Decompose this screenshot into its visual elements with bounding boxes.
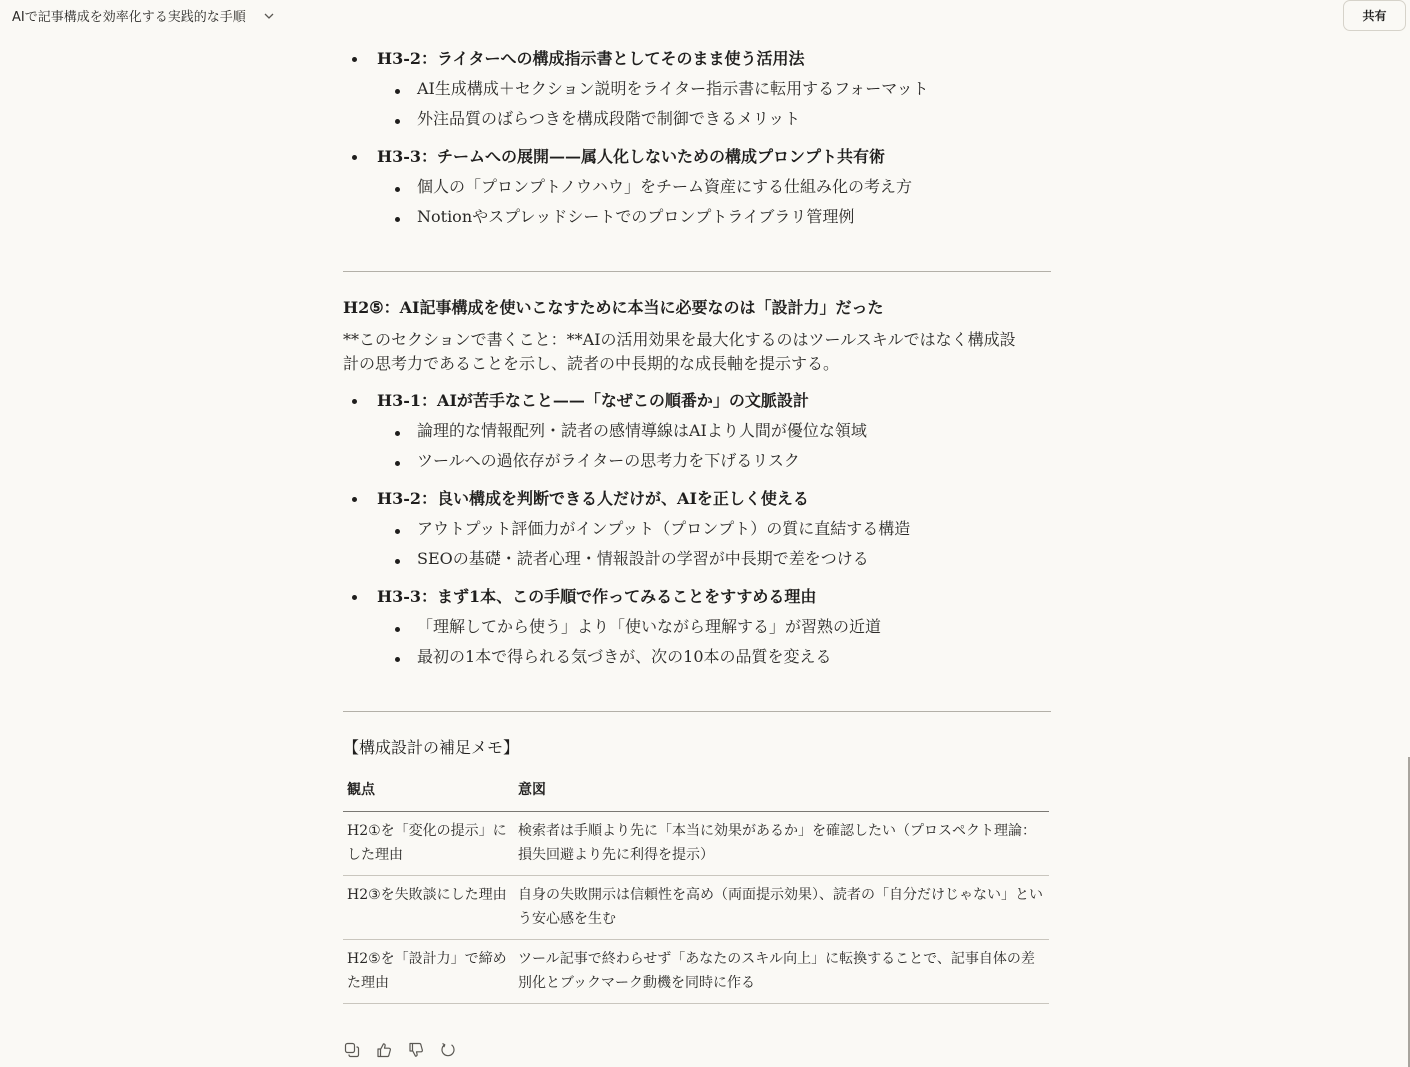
h3-heading: H3-1：AIが苦手なこと——「なぜこの順番か」の文脈設計 [377,382,1051,416]
memo-title: 【構成設計の補足メモ】 [343,736,1051,760]
sub-list: AI生成構成＋セクション説明をライター指示書に転用するフォーマット 外注品質のば… [377,74,1051,134]
list-item: ツールへの過依存がライターの思考力を下げるリスク [377,446,1051,476]
thumbs-up-icon [376,1042,392,1058]
list-item: AI生成構成＋セクション説明をライター指示書に転用するフォーマット [377,74,1051,104]
thumbs-up-button[interactable] [375,1041,393,1059]
list-item: Notionやスプレッドシートでのプロンプトライブラリ管理例 [377,202,1051,232]
section-description: **このセクションで書くこと：**AIの活用効果を最大化するのはツールスキルでは… [343,328,1023,376]
list-item: H3-3：まず1本、この手順で作ってみることをすすめる理由 「理解してから使う」… [343,578,1051,672]
table-header-row: 観点 意図 [343,778,1049,811]
h3-heading: H3-2：ライターへの構成指示書としてそのまま使う活用法 [377,40,1051,74]
message-content: H3-2：ライターへの構成指示書としてそのまま使う活用法 AI生成構成＋セクショ… [343,40,1051,1004]
list-item: 個人の「プロンプトノウハウ」をチーム資産にする仕組み化の考え方 [377,172,1051,202]
chevron-down-icon [262,9,276,23]
table-cell: H2①を「変化の提示」にした理由 [343,811,514,875]
h3-heading: H3-2：良い構成を判断できる人だけが、AIを正しく使える [377,480,1051,514]
h2-heading: H2⑤：AI記事構成を使いこなすために本当に必要なのは「設計力」だった [343,296,1051,320]
message-actions [343,1041,457,1059]
copy-button[interactable] [343,1041,361,1059]
list-item: H3-1：AIが苦手なこと——「なぜこの順番か」の文脈設計 論理的な情報配列・読… [343,382,1051,476]
table-cell: ツール記事で終わらせず「あなたのスキル向上」に転換することで、記事自体の差別化と… [514,939,1049,1003]
list-item: アウトプット評価力がインプット（プロンプト）の質に直結する構造 [377,514,1051,544]
list-item: H3-2：良い構成を判断できる人だけが、AIを正しく使える アウトプット評価力が… [343,480,1051,574]
top-bar: AIで記事構成を効率化する実践的な手順 共有 [0,0,1410,34]
table-cell: H2⑤を「設計力」で締めた理由 [343,939,514,1003]
thumbs-down-icon [408,1042,424,1058]
table-cell: H2③を失敗談にした理由 [343,875,514,939]
list-item: 「理解してから使う」より「使いながら理解する」が習熟の近道 [377,612,1051,642]
conversation-title: AIで記事構成を効率化する実践的な手順 [12,6,246,25]
retry-icon [440,1042,456,1058]
sub-list: 論理的な情報配列・読者の感情導線はAIより人間が優位な領域 ツールへの過依存がラ… [377,416,1051,476]
list-item: SEOの基礎・読者心理・情報設計の学習が中長期で差をつける [377,544,1051,574]
thumbs-down-button[interactable] [407,1041,425,1059]
table-row: H2⑤を「設計力」で締めた理由 ツール記事で終わらせず「あなたのスキル向上」に転… [343,939,1049,1003]
conversation-title-dropdown[interactable]: AIで記事構成を効率化する実践的な手順 [12,6,276,25]
sub-list: アウトプット評価力がインプット（プロンプト）の質に直結する構造 SEOの基礎・読… [377,514,1051,574]
list-item: 最初の1本で得られる気づきが、次の10本の品質を変える [377,642,1051,672]
divider [343,271,1051,272]
table-row: H2①を「変化の提示」にした理由 検索者は手順より先に「本当に効果があるか」を確… [343,811,1049,875]
list-item: 外注品質のばらつきを構成段階で制御できるメリット [377,104,1051,134]
h3-list-prev: H3-2：ライターへの構成指示書としてそのまま使う活用法 AI生成構成＋セクショ… [343,40,1051,232]
divider [343,711,1051,712]
list-item: 論理的な情報配列・読者の感情導線はAIより人間が優位な領域 [377,416,1051,446]
h3-list: H3-1：AIが苦手なこと——「なぜこの順番か」の文脈設計 論理的な情報配列・読… [343,382,1051,672]
column-header: 観点 [343,778,514,811]
copy-icon [344,1042,360,1058]
list-item: H3-3：チームへの展開——属人化しないための構成プロンプト共有術 個人の「プロ… [343,138,1051,232]
table-cell: 検索者は手順より先に「本当に効果があるか」を確認したい（プロスペクト理論：損失回… [514,811,1049,875]
retry-button[interactable] [439,1041,457,1059]
h3-heading: H3-3：まず1本、この手順で作ってみることをすすめる理由 [377,578,1051,612]
sub-list: 「理解してから使う」より「使いながら理解する」が習熟の近道 最初の1本で得られる… [377,612,1051,672]
memo-table: 観点 意図 H2①を「変化の提示」にした理由 検索者は手順より先に「本当に効果が… [343,778,1049,1004]
share-button[interactable]: 共有 [1343,0,1406,31]
table-row: H2③を失敗談にした理由 自身の失敗開示は信頼性を高め（両面提示効果）、読者の「… [343,875,1049,939]
sub-list: 個人の「プロンプトノウハウ」をチーム資産にする仕組み化の考え方 Notionやス… [377,172,1051,232]
h3-heading: H3-3：チームへの展開——属人化しないための構成プロンプト共有術 [377,138,1051,172]
column-header: 意図 [514,778,1049,811]
list-item: H3-2：ライターへの構成指示書としてそのまま使う活用法 AI生成構成＋セクショ… [343,40,1051,134]
table-cell: 自身の失敗開示は信頼性を高め（両面提示効果）、読者の「自分だけじゃない」という安… [514,875,1049,939]
